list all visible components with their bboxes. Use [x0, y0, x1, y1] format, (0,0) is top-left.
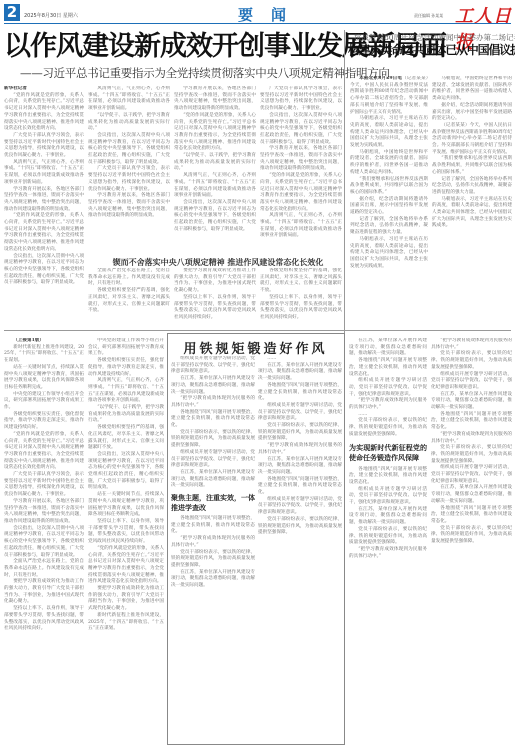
paragraph: 坚持以上率下、以身作则，领导干部要带头学习贯彻，带头查找问题，带头整改落实，以优…	[260, 295, 342, 322]
paragraph: “我们要继承和弘扬世界反法西斯战争胜利成果，共同维护以联合国为核心的国际体系。”	[432, 156, 512, 176]
masthead-divider	[4, 23, 511, 24]
paragraph: 组织成员开展专题学习研讨活动，党员干部坚持以学促改、以学促干，强化纪律意识和规矩…	[258, 403, 342, 423]
paragraph: “以学促干、以干践学，把学习教育成果转化为推动高质量发展的实际行动。”	[88, 113, 170, 133]
paragraph: 站在一关键时间节点，持续深入贯彻中央八项规定精神学习教育，巩固拓展学习教育成果，…	[4, 365, 84, 392]
continuation-label: （上接第1版）	[4, 338, 84, 345]
paragraph: 党员干部纷纷表示，要以铁的纪律、铁的规矩锻造好作风，为推动高质量发展提供坚强保障…	[171, 430, 255, 450]
paragraph: 学习教育开展以来，各地区各部门坚持学查改一体推进，锲而不舍落实中央八项规定精神，…	[174, 86, 256, 113]
right-story-column-2: 马朝旭说，中国始终是世界和平的建设者、全球发展的贡献者、国际秩序的维护者，同世界…	[432, 76, 512, 326]
lower-right-column-2: “把学习教育成效体现到为民服务的具体行动中。” 党员干部纷纷表示，要以铁的纪律、…	[431, 338, 512, 743]
lead-column-5: 全面从严治党永远在路上，党的自我革命永远在路上。作风建设没有完成时，只有进行时。…	[88, 268, 170, 328]
paragraph: 党员干部纷纷表示，要以铁的纪律、铁的规矩锻造好作风，为推动高质量发展提供坚强保障…	[431, 445, 512, 465]
paragraph: 在江苏，某单位深入开展作风建设专项行动，聚焦群众急难愁盼问题，推动解决一批实际问…	[349, 338, 427, 358]
paragraph: “把学习教育成效体现到为民服务的具体行动中。”	[171, 396, 255, 409]
paragraph: “我们要继承和弘扬世界反法西斯战争胜利成果，共同维护以联合国为核心的国际体系。”	[350, 177, 428, 197]
paragraph: 在江苏，某单位深入开展作风建设专项行动，聚焦群众急难愁盼问题，推动解决一批实际问…	[349, 507, 427, 527]
section-title: 要闻	[238, 4, 304, 25]
paragraph: 坚持以上率下、以身作则，领导干部要带头学习贯彻，带头查找问题，带头整改落实，以优…	[4, 606, 84, 633]
paragraph: “党的作风就是党的形象，关系人心向背，关系党的生死存亡。”习近平总书记近日对深入…	[88, 546, 164, 586]
paragraph: 广大党员干部认真学习领会，表示要坚持以习近平新时代中国特色社会主义思想为指导，持…	[88, 166, 170, 193]
paragraph: 要把学习教育成效转化为推动工作的强大动力，教育引导广大党员干部担当作为、干事创业…	[88, 586, 164, 613]
paragraph: 站在一关键时间节点，持续深入贯彻中央八项规定精神学习教育，巩固拓展学习教育成果，…	[88, 492, 164, 519]
paragraph: 在江苏，某单位深入开展作风建设专项行动，聚焦群众急难愁盼问题，推动解决一批实际问…	[171, 570, 255, 590]
paragraph: 组织成员开展专题学习研讨活动，党员干部坚持以学促改、以学促干，强化纪律意识和规矩…	[431, 465, 512, 485]
paragraph: 要把学习教育成效转化为推动工作的强大动力，教育引导广大党员干部担当作为、干事创业…	[174, 268, 256, 295]
lead-column-4: 广大党员干部认真学习领会，表示要坚持以习近平新时代中国特色社会主义思想为指导，持…	[260, 86, 342, 252]
paragraph: 广大党员干部认真学习领会，表示要坚持以习近平新时代中国特色社会主义思想为指导，持…	[4, 133, 84, 160]
paragraph: 中央党的建设工作领导小组召开会议，研究部署巩固拓展学习教育成果工作。	[4, 392, 84, 412]
paragraph: 组织成员开展专题学习研讨活动，党员干部坚持以学促改、以学促干，强化纪律意识和规矩…	[171, 450, 255, 470]
feature-subhead-1: 聚焦主题，注重实效，一体推进学查改	[171, 493, 255, 513]
feature-column-2: …… 在江苏，某单位深入开展作风建设专项行动，聚焦群众急难愁盼问题，推动解决一批…	[258, 356, 342, 741]
paragraph: 学习教育开展以来，各地区各部门坚持学查改一体推进，锲而不舍落实中央八项规定精神，…	[4, 499, 84, 526]
paragraph: 广大党员干部认真学习领会，表示要坚持以习近平新时代中国特色社会主义思想为指导，持…	[260, 86, 342, 113]
editor-credit: 责任编辑 孙某某	[414, 13, 443, 19]
paragraph: 风清则气正，气正则心齐，心齐则事成。“十四五”即将收官、“十五五”正在谋划，必须…	[174, 173, 256, 200]
paragraph: 据介绍，纪念活动期间将邀请外国嘉宾出席，展示中国坚持和平发展道路的坚定决心。	[432, 103, 512, 123]
paragraph: 各地围绕“四风”问题开展专项整治，建立健全长效机制，推动作风建设常态化。	[258, 383, 342, 403]
paragraph: 学习教育开展以来，各地区各部门坚持学查改一体推进，锲而不舍落实中央八项规定精神，…	[260, 146, 342, 173]
column-divider	[344, 30, 345, 335]
paragraph: 各地围绕“四风”问题开展专项整治，建立健全长效机制，推动作风建设常态化。	[431, 412, 512, 432]
paragraph: 会议指出，这次深入贯彻中央八项规定精神学习教育，在以习近平同志为核心的党中央坚强…	[4, 526, 84, 560]
section-divider	[4, 330, 511, 331]
paragraph: “以学促干、以干践学，把学习教育成果转化为推动高质量发展的实际行动。”	[174, 153, 256, 173]
paragraph: 党员干部纷纷表示，要以铁的纪律、铁的规矩锻造好作风，为推动高质量发展提供坚强保障…	[431, 351, 512, 371]
paragraph: 会议指出，这次深入贯彻中央八项规定精神学习教育，在以习近平同志为核心的党中央坚强…	[88, 452, 164, 492]
paragraph: “党的作风就是党的形象，关系人心向背，关系党的生死存亡。”习近平总书记近日对深入…	[174, 113, 256, 153]
paragraph: 记者了解到，全国各地将举办系列纪念活动，弘扬伟大抗战精神，凝聚奋进新征程的强大力…	[350, 217, 428, 237]
paragraph: 马朝旭表示，习近平主席站在历史的高度，着眼人类前途命运，提出构建人类命运共同体理…	[350, 237, 428, 271]
right-story-headline[interactable]: 构建人类命运共同体已从中国倡议扩大为国际共识	[348, 42, 512, 58]
paragraph: “把学习教育成效体现到为民服务的具体行动中。”	[258, 443, 342, 456]
right-story-dateline: 本报北京8月29日电	[359, 76, 402, 81]
paragraph: “党的作风就是党的形象，关系人心向背，关系党的生死存亡。”习近平总书记近日对深入…	[4, 93, 84, 133]
paragraph: 会议指出，这次深入贯彻中央八项规定精神学习教育，在以习近平同志为核心的党中央坚强…	[174, 200, 256, 234]
paragraph: 各地围绕“四风”问题开展专项整治，建立健全长效机制，推动作风建设常态化。	[349, 467, 427, 487]
paragraph: 各地围绕“四风”问题开展专项整治，建立健全长效机制，推动作风建设常态化。	[258, 477, 342, 497]
paragraph: （记者某某）今天，中国人民抗日战争暨世界反法西斯战争胜利80周年纪念活动新闻中心…	[432, 123, 512, 157]
lower-right-column-1: 在江苏，某单位深入开展作风建设专项行动，聚焦群众急难愁盼问题，推动解决一批实际问…	[349, 338, 427, 743]
paragraph: 风清则气正，气正则心齐，心齐则事成。“十四五”即将收官、“十五五”正在谋划，必须…	[88, 378, 164, 405]
paragraph: 党员干部纷纷表示，要以铁的纪律、铁的规矩锻造好作风，为推动高质量发展提供坚强保障…	[431, 526, 512, 546]
paragraph: 党员干部纷纷表示，要以铁的纪律、铁的规矩锻造好作风，为推动高质量发展提供坚强保障…	[258, 517, 342, 537]
paragraph: “以学促干、以干践学，把学习教育成果转化为推动高质量发展的实际行动。”	[88, 405, 164, 425]
paragraph: 各地围绕“四风”问题开展专项整治，建立健全长效机制，推动作风建设常态化。	[349, 358, 427, 378]
continued-column-2: 中央党的建设工作领导小组召开会议，研究部署巩固拓展学习教育成果工作。 各级党组织…	[88, 338, 164, 743]
paragraph: “把学习教育成效体现到为民服务的具体行动中。”	[349, 547, 427, 560]
issue-date: 2025年8月30日 星期六	[24, 12, 78, 19]
paragraph: 各级党组织要压实责任，强化督促指导，推动学习教育走深走实，推动作风建设持续向好。	[4, 412, 84, 432]
paragraph: 各级党组织要压实责任，强化督促指导，推动学习教育走深走实，推动作风建设持续向好。	[88, 358, 164, 378]
paragraph: 组织成员开展专题学习研讨活动，党员干部坚持以学促改、以学促干，强化纪律意识和规矩…	[431, 372, 512, 392]
paragraph: 在江苏，某单位深入开展作风建设专项行动，聚焦群众急难愁盼问题，推动解决一批实际问…	[258, 457, 342, 477]
paragraph: 马朝旭说，中国始终是世界和平的建设者、全球发展的贡献者、国际秩序的维护者，同世界…	[432, 76, 512, 103]
lead-byline: 新华社记者	[4, 86, 84, 93]
paragraph: 各级党组织要坚持严的基调，强化正风肃纪，对享乐主义、奢靡之风露头就打，对形式主义…	[260, 268, 342, 295]
paragraph: 坚持以上率下、以身作则，领导干部要带头学习贯彻，带头查找问题，带头整改落实，以优…	[174, 295, 256, 322]
paragraph: “把学习教育成效体现到为民服务的具体行动中。”	[431, 432, 512, 445]
paragraph: 坚持以上率下、以身作则，领导干部要带头学习贯彻，带头查找问题，带头整改落实，以优…	[88, 519, 164, 546]
paragraph: 各地围绕“四风”问题开展专项整治，建立健全长效机制，推动作风建设常态化。	[431, 506, 512, 526]
paragraph: 记者了解到，全国各地将举办系列纪念活动，弘扬伟大抗战精神，凝聚奋进新征程的强大力…	[432, 177, 512, 197]
paragraph: 中央党的建设工作领导小组召开会议，研究部署巩固拓展学习教育成果工作。	[88, 338, 164, 358]
paragraph: 组织成员开展专题学习研讨活动，党员干部坚持以学促改、以学促干，强化纪律意识和规矩…	[171, 356, 255, 376]
paragraph: 马朝旭表示，习近平主席站在历史的高度，着眼人类前途命运，提出构建人类命运共同体理…	[350, 116, 428, 150]
paragraph: 党员干部纷纷表示，要以铁的纪律、铁的规矩锻造好作风，为推动高质量发展提供坚强保障…	[171, 550, 255, 570]
paragraph: 党员干部纷纷表示，要以铁的纪律、铁的规矩锻造好作风，为推动高质量发展提供坚强保障…	[349, 418, 427, 438]
paragraph: 全面从严治党永远在路上，党的自我革命永远在路上。作风建设没有完成时，只有进行时。	[4, 559, 84, 579]
paragraph: “党的作风就是党的形象，关系人心向背，关系党的生死存亡。”习近平总书记近日对深入…	[4, 213, 84, 253]
lead-column-1: 新华社记者 “党的作风就是党的形象，关系人心向背，关系党的生死存亡。”习近平总书…	[4, 86, 84, 321]
paragraph: “党的作风就是党的形象，关系人心向背，关系党的生死存亡。”习近平总书记近日对深入…	[4, 432, 84, 472]
lead-column-2: 风清则气正，气正则心齐，心齐则事成。“十四五”即将收官、“十五五”正在谋划，必须…	[88, 86, 170, 252]
paragraph: 风清则气正，气正则心齐，心齐则事成。“十四五”即将收官、“十五五”正在谋划，必须…	[260, 213, 342, 240]
paragraph: “把学习教育成效体现到为民服务的具体行动中。”	[431, 338, 512, 351]
lead-column-3: 学习教育开展以来，各地区各部门坚持学查改一体推进，锲而不舍落实中央八项规定精神，…	[174, 86, 256, 252]
paragraph: 广大党员干部认真学习领会，表示要坚持以习近平新时代中国特色社会主义思想为指导，持…	[4, 472, 84, 499]
paragraph: 在江苏，某单位深入开展作风建设专项行动，聚焦群众急难愁盼问题，推动解决一批实际问…	[431, 485, 512, 505]
continued-column-1: （上接第1版） 新时代新征程上推进作风建设，2025年，“十四五”即将收官、“十…	[4, 338, 84, 743]
paragraph: 会议指出，这次深入贯彻中央八项规定精神学习教育，在以习近平同志为核心的党中央坚强…	[260, 113, 342, 147]
paragraph: 在江苏，某单位深入开展作风建设专项行动，聚焦群众急难愁盼问题，推动解决一批实际问…	[171, 470, 255, 490]
paragraph: 在江苏，某单位深入开展作风建设专项行动，聚焦群众急难愁盼问题，推动解决一批实际问…	[431, 392, 512, 412]
paragraph: 党员干部纷纷表示，要以铁的纪律、铁的规矩锻造好作风，为推动高质量发展提供坚强保障…	[349, 527, 427, 547]
lead-headline[interactable]: 以作风建设新成效开创事业发展新局面	[4, 31, 349, 63]
paragraph: 会议指出，这次深入贯彻中央八项规定精神学习教育，在以习近平同志为核心的党中央坚强…	[4, 254, 84, 288]
right-story-column-1: 本报北京8月29日电（记者某某）今天，中国人民抗日战争暨世界反法西斯战争胜利80…	[350, 76, 428, 326]
paragraph: 风清则气正，气正则心齐，心齐则事成。“十四五”即将收官、“十五五”正在谋划，必须…	[4, 160, 84, 187]
paragraph: 风清则气正，气正则心齐，心齐则事成。“十四五”即将收官、“十五五”正在谋划，必须…	[88, 86, 170, 113]
paragraph: 组织成员开展专题学习研讨活动，党员干部坚持以学促改、以学促干，强化纪律意识和规矩…	[258, 497, 342, 517]
paragraph: 组织成员开展专题学习研讨活动，党员干部坚持以学促改、以学促干，强化纪律意识和规矩…	[349, 378, 427, 398]
lead-subhead: 锲而不舍落实中央八项规定精神 推进作风建设常态化长效化	[93, 257, 343, 268]
feature-subhead-2: 为实现新时代新征程党的使命任务锻造作风保障	[349, 443, 427, 463]
paragraph: 全面从严治党永远在路上，党的自我革命永远在路上。作风建设没有完成时，只有进行时。	[88, 268, 170, 288]
paragraph: 会议指出，这次深入贯彻中央八项规定精神学习教育，在以习近平同志为核心的党中央坚强…	[88, 133, 170, 167]
paragraph: 据介绍，纪念活动期间将邀请外国嘉宾出席，展示中国坚持和平发展道路的坚定决心。	[350, 197, 428, 217]
paragraph: “党的作风就是党的形象，关系人心向背，关系党的生死存亡。”习近平总书记近日对深入…	[260, 173, 342, 213]
paragraph: 新时代新征程上推进作风建设，2025年，“十四五”即将收官、“十五五”正在谋划。	[4, 345, 84, 365]
paragraph: 组织成员开展专题学习研讨活动，党员干部坚持以学促改、以学促干，强化纪律意识和规矩…	[349, 487, 427, 507]
paragraph: 新时代新征程上推进作风建设，2025年，“十四五”即将收官、“十五五”正在谋划。	[88, 613, 164, 633]
paragraph: 学习教育开展以来，各地区各部门坚持学查改一体推进，锲而不舍落实中央八项规定精神，…	[88, 193, 170, 220]
paragraph: 各级党组织要坚持严的基调，强化正风肃纪，对享乐主义、奢靡之风露头就打，对形式主义…	[88, 425, 164, 452]
paragraph: 马朝旭说，中国始终是世界和平的建设者、全球发展的贡献者、国际秩序的维护者，同世界…	[350, 150, 428, 177]
paragraph: 各级党组织要坚持严的基调，强化正风肃纪，对享乐主义、奢靡之风露头就打，对形式主义…	[88, 288, 170, 315]
paragraph: ……	[258, 356, 342, 363]
paragraph: “把学习教育成效体现到为民服务的具体行动中。”	[171, 536, 255, 549]
page-number: 2	[4, 4, 20, 21]
lead-column-6: 要把学习教育成效转化为推动工作的强大动力，教育引导广大党员干部担当作为、干事创业…	[174, 268, 256, 328]
feature-headline[interactable]: 用铁规矩锻造好作风	[168, 338, 343, 357]
paragraph: 要把学习教育成效转化为推动工作的强大动力，教育引导广大党员干部担当作为、干事创业…	[4, 579, 84, 606]
lead-column-7: 各级党组织要坚持严的基调，强化正风肃纪，对享乐主义、奢靡之风露头就打，对形式主义…	[260, 268, 342, 328]
paragraph: 在江苏，某单位深入开展作风建设专项行动，聚焦群众急难愁盼问题，推动解决一批实际问…	[171, 376, 255, 396]
paragraph: “把学习教育成效体现到为民服务的具体行动中。”	[349, 398, 427, 411]
paragraph: 党员干部纷纷表示，要以铁的纪律、铁的规矩锻造好作风，为推动高质量发展提供坚强保障…	[258, 423, 342, 443]
paragraph: 马朝旭表示，习近平主席站在历史的高度，着眼人类前途命运，提出构建人类命运共同体理…	[432, 197, 512, 231]
paragraph: 各地围绕“四风”问题开展专项整治，建立健全长效机制，推动作风建设常态化。	[171, 516, 255, 536]
paragraph: 学习教育开展以来，各地区各部门坚持学查改一体推进，锲而不舍落实中央八项规定精神，…	[4, 187, 84, 214]
paragraph: 各地围绕“四风”问题开展专项整治，建立健全长效机制，推动作风建设常态化。	[171, 410, 255, 430]
feature-column-1: 组织成员开展专题学习研讨活动，党员干部坚持以学促改、以学促干，强化纪律意识和规矩…	[171, 356, 255, 741]
paragraph: 在江苏，某单位深入开展作风建设专项行动，聚焦群众急难愁盼问题，推动解决一批实际问…	[258, 363, 342, 383]
lead-subtitle: ——习近平总书记重要指示为全党持续贯彻落实中央八项规定精神指明方向	[20, 65, 350, 81]
